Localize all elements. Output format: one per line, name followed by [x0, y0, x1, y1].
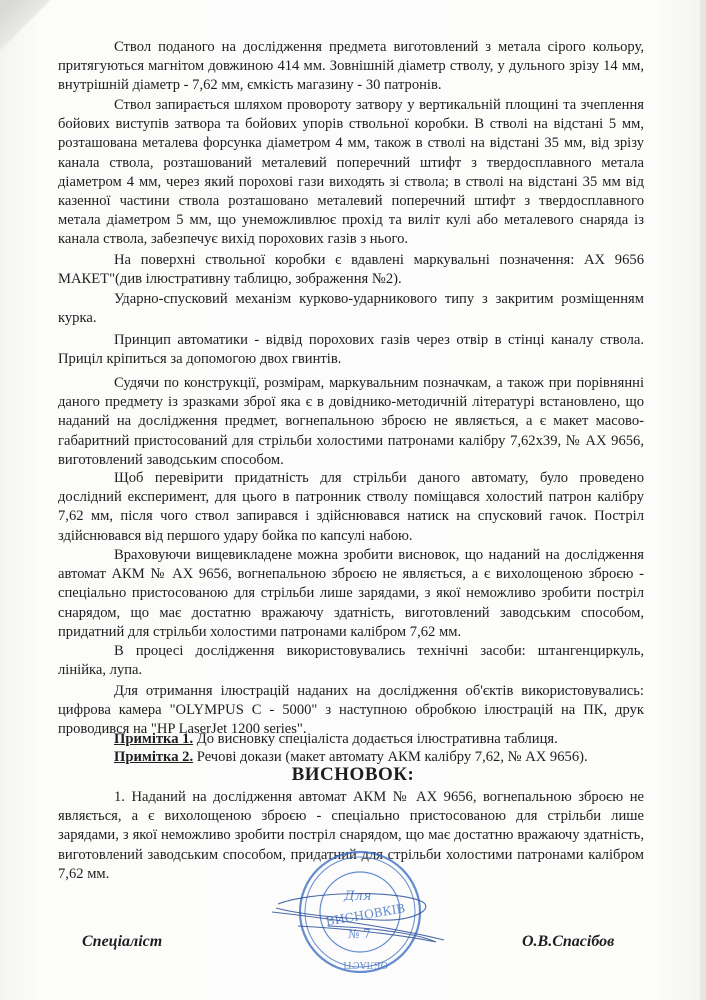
signature-role: Спеціаліст: [82, 933, 162, 951]
paragraph-barrel-description: Ствол поданого на дослідження предмета в…: [58, 38, 644, 96]
note-1-label: Примітка 1.: [114, 731, 193, 747]
paragraph-identification: Судячи по конструкції, розмірам, маркува…: [58, 374, 644, 470]
note-1-text: До висновку спеціаліста додається ілюстр…: [193, 731, 558, 747]
document-page: Ствол поданого на дослідження предмета в…: [0, 0, 706, 1000]
note-2-label: Примітка 2.: [114, 749, 193, 765]
paragraph-trigger-mechanism: Ударно-спусковий механізм курково-ударни…: [58, 290, 644, 328]
paragraph-barrel-locking: Ствол запирається шляхом провороту затво…: [58, 96, 644, 250]
paragraph-experiment: Щоб перевірити придатність для стрільби …: [58, 469, 644, 546]
signature-name: О.В.Спасібов: [522, 933, 614, 951]
official-stamp-icon: Для ВИСНОВКІВ № 7 ОБЛАСТІ: [268, 842, 446, 992]
page-edge: [700, 0, 706, 1000]
conclusion-heading: ВИСНОВОК:: [0, 764, 706, 786]
paragraph-automation-principle: Принцип автоматики - відвід порохових га…: [58, 331, 644, 369]
paragraph-markings: На поверхні ствольної коробки є вдавлені…: [58, 251, 644, 289]
note-1: Примітка 1. До висновку спеціаліста дода…: [114, 730, 558, 749]
paragraph-summary: Враховуючи вищевикладене можна зробити в…: [58, 546, 644, 642]
svg-text:ОБЛАСТІ: ОБЛАСТІ: [343, 959, 388, 969]
svg-text:Для: Для: [343, 889, 371, 904]
paragraph-tools: В процесі дослідження використовувались …: [58, 642, 644, 680]
note-2-text: Речові докази (макет автомату АКМ калібр…: [193, 749, 588, 765]
